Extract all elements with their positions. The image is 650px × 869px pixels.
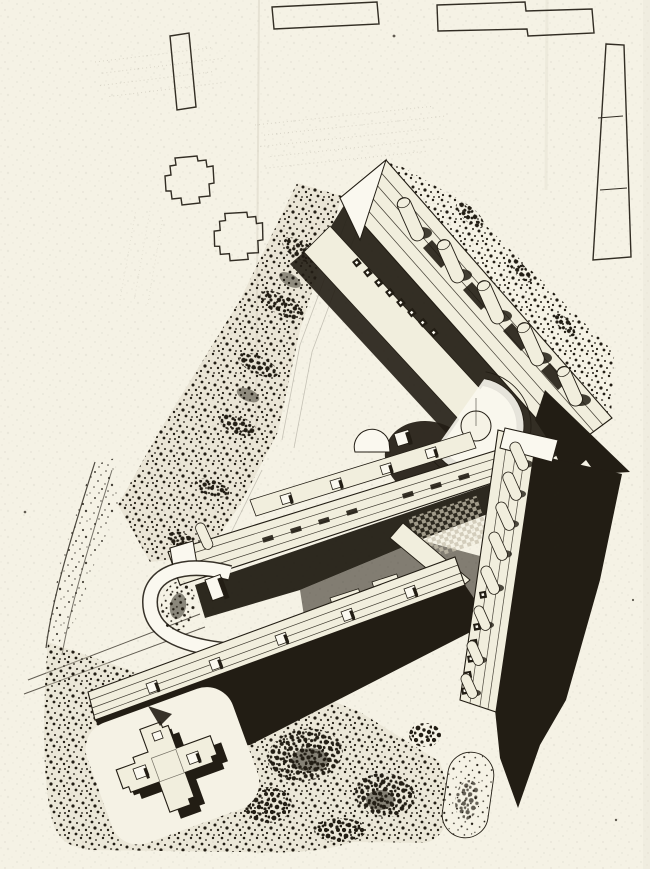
axonometric-site-drawing bbox=[0, 0, 650, 869]
scanned-drawing-page bbox=[0, 0, 650, 869]
speck bbox=[393, 35, 396, 38]
speck bbox=[615, 819, 617, 821]
scan-edge-band bbox=[643, 0, 650, 869]
speck bbox=[632, 599, 634, 601]
scan-streak bbox=[546, 0, 547, 190]
speck bbox=[24, 511, 27, 514]
